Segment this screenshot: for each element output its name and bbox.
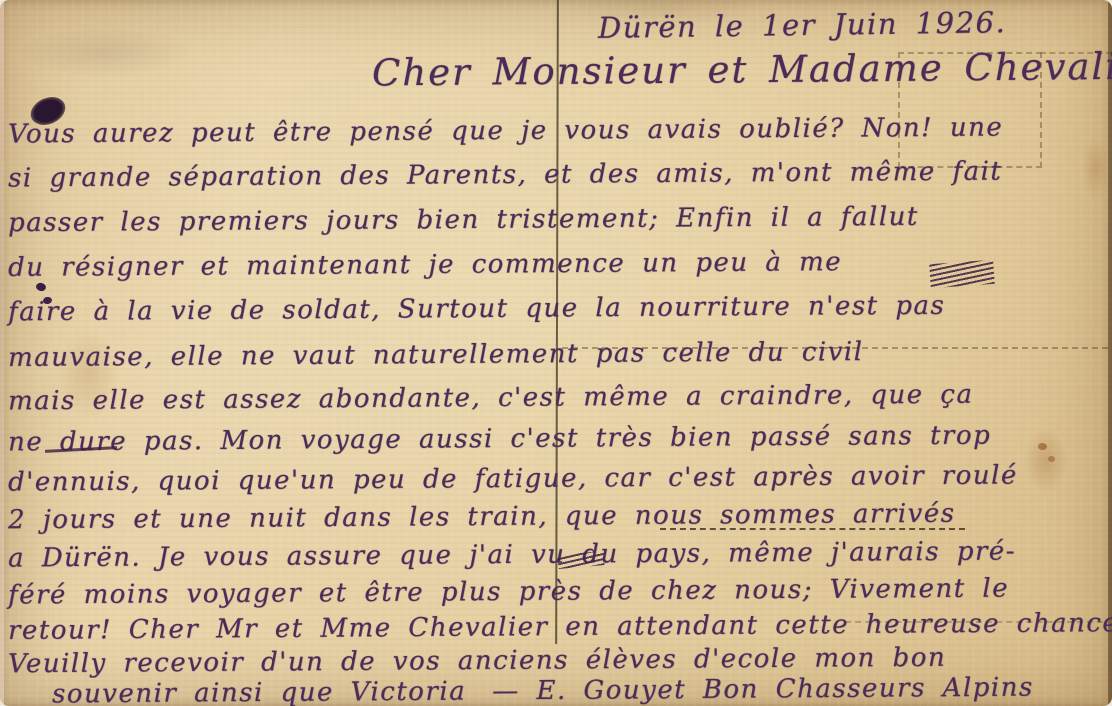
rust-spot [1038,443,1047,450]
salutation: Cher Monsieur et Madame Chevalier [372,45,1112,95]
handwriting-line: mauvaise, elle ne vaut naturellement pas… [8,337,864,373]
handwriting-line: passer les premiers jours bien tristemen… [8,202,919,238]
paper-stain [1082,136,1110,200]
ink-show-through [18,28,188,76]
card-left-edge [0,0,4,706]
closing-and-signature-line: souvenir ainsi que Victoria— E. Gouyet B… [52,673,1034,706]
postcard-back: Dürën le 1er Juin 1926. Cher Monsieur et… [0,0,1112,706]
handwriting-line: du résigner et maintenant je commence un… [8,247,842,283]
crossed-out-word [929,260,995,288]
signature: — E. Gouyet Bon Chasseurs Alpins [492,673,1034,706]
rust-spot [1048,456,1055,462]
card-right-edge [1108,0,1112,706]
closing-text: souvenir ainsi que Victoria [52,677,466,706]
date-line: Dürën le 1er Juin 1926. [598,5,1007,45]
paper-stain [1024,428,1068,494]
